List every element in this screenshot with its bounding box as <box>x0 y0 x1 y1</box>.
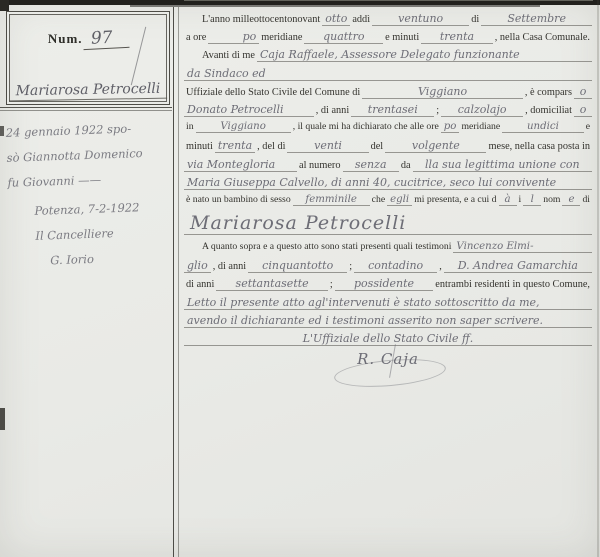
printed-text: di anni <box>184 279 216 290</box>
printed-text: che <box>370 194 387 205</box>
printed-text: addì <box>350 14 372 25</box>
printed-text: , è compars <box>523 87 574 98</box>
printed-text: al numero <box>297 160 342 171</box>
printed-text: , domiciliat <box>523 105 574 116</box>
meridian-handwritten: po <box>208 30 259 44</box>
printed-text: , il quale mi ha dichiarato che alle ore <box>291 121 441 132</box>
printed-text: mi presenta, e a cui d <box>412 194 498 205</box>
child-sex-handwritten: femminile <box>293 194 370 206</box>
act-line-witness2: di annisettantasette;possidenteentrambi … <box>184 277 592 295</box>
month-handwritten: Settembre <box>481 12 592 26</box>
num-label: Num. <box>48 31 83 47</box>
witness1-name-continued-handwritten: glio <box>184 259 211 273</box>
printed-text: A quanto sopra e a questo atto sono stat… <box>200 241 453 252</box>
margin-annotation: 24 gennaio 1922 spo- sò Giannotta Domeni… <box>5 115 170 274</box>
mother-name-handwritten: Maria Giuseppa Calvello, di anni 40, cuc… <box>184 176 592 190</box>
printed-text: mese, nella casa posta in <box>486 141 592 152</box>
printed-text: , di anni <box>314 105 351 116</box>
mother-intro-handwritten: lla sua legittima unione con <box>413 158 592 172</box>
act-line-comune: Uffiziale dello Stato Civile del Comune … <box>184 85 592 103</box>
suffix-handwritten: o <box>574 103 592 117</box>
printed-text: e minuti <box>383 32 421 43</box>
act-line-closing-1: Letto il presente atto agl'intervenuti è… <box>184 296 592 314</box>
birth-day-handwritten: venti <box>287 139 368 153</box>
act-line-officer: Avanti di meCaja Raffaele, Assessore Del… <box>184 48 592 66</box>
printed-text: di <box>580 194 592 205</box>
printed-text: entrambi residenti in questo Comune, <box>433 279 592 290</box>
house-number-handwritten: senza <box>343 158 399 172</box>
printed-text: , nella Casa Comunale. <box>493 32 592 43</box>
minutes-handwritten: trenta <box>421 30 493 44</box>
declarant-name-handwritten: Donato Petrocelli <box>184 103 314 117</box>
birth-month-handwritten: volgente <box>385 139 486 153</box>
printed-text: minuti <box>184 141 215 152</box>
printed-text: da <box>399 160 413 171</box>
residence-handwritten: Viggiano <box>196 121 291 133</box>
scan-edge-right <box>597 0 599 557</box>
printed-text: ; <box>434 105 441 116</box>
suffix-handwritten: à <box>499 194 517 206</box>
act-line-address: via Montegloriaal numerosenzadalla sua l… <box>184 158 592 176</box>
act-line-hour: a orepomeridianequattroe minutitrenta, n… <box>184 30 592 48</box>
printed-text: e <box>584 121 592 132</box>
witness2-name-handwritten: D. Andrea Gamarchia <box>444 259 592 273</box>
annotation-clerk-signature: G. Iorio <box>10 244 171 275</box>
left-column-divider-rule-1 <box>0 107 172 108</box>
printed-text: , <box>437 261 444 272</box>
declarant-occupation-handwritten: calzolajo <box>441 103 523 117</box>
printed-text: a ore <box>184 32 208 43</box>
scan-blot-left-lower <box>0 408 5 430</box>
column-separator-line-2 <box>178 7 179 557</box>
witness2-age-handwritten: settantasette <box>216 277 328 291</box>
gender-suffix-handwritten: o <box>574 85 592 99</box>
street-handwritten: via Montegloria <box>184 158 297 172</box>
witness1-name-handwritten: Vincenzo Elmi- <box>453 241 592 253</box>
left-column-divider-rule-2 <box>0 110 172 111</box>
printed-text: meridiane <box>259 32 304 43</box>
record-number-box: Num. 97 Mariarosa Petrocelli <box>6 11 170 105</box>
registered-name-handwritten: Mariarosa Petrocelli <box>9 81 167 102</box>
act-line-year: L'anno milleottocentonovantottoaddìventu… <box>184 12 592 30</box>
printed-text: di <box>469 14 481 25</box>
annotation-line: fu Giovanni —— <box>7 165 168 196</box>
printed-text: Avanti di me <box>200 50 257 61</box>
declarant-age-handwritten: trentasei <box>351 103 434 117</box>
act-line-witness1: glio, di annicinquantotto;contadino,D. A… <box>184 259 592 277</box>
closing-line-1-handwritten: Letto il presente atto agl'intervenuti è… <box>184 296 592 310</box>
act-line-closing-2: avendo il dichiarante ed i testimoni ass… <box>184 314 592 332</box>
act-line-child-name: Mariarosa Petrocelli <box>184 212 592 241</box>
column-separator-line-1 <box>173 7 174 557</box>
act-line-birth-day: minutitrenta, del dìventidelvolgentemese… <box>184 139 592 157</box>
act-line-mother: Maria Giuseppa Calvello, di anni 40, cuc… <box>184 176 592 194</box>
officer-name-handwritten: Caja Raffaele, Assessore Delegato funzio… <box>257 48 592 62</box>
closing-line-2-handwritten: avendo il dichiarante ed i testimoni ass… <box>184 314 592 328</box>
printed-text: L'anno milleottocentonovant <box>200 14 322 25</box>
scanned-birth-record-page: Num. 97 Mariarosa Petrocelli 24 gennaio … <box>0 0 600 557</box>
officer-role-handwritten: da Sindaco ed <box>184 67 592 81</box>
act-line-declaration: inViggiano, il quale mi ha dichiarato ch… <box>184 121 592 139</box>
witness2-occupation-handwritten: possidente <box>335 277 434 291</box>
printed-text: ; <box>328 279 335 290</box>
printed-text: ; <box>347 261 354 272</box>
printed-text: Uffiziale dello Stato Civile del Comune … <box>184 87 362 98</box>
printed-text: è nato un bambino di sesso <box>184 194 293 205</box>
official-title-handwritten: L'Uffiziale dello Stato Civile ff. <box>184 332 592 346</box>
birth-act-body: L'anno milleottocentonovantottoaddìventu… <box>184 12 592 373</box>
witness1-occupation-handwritten: contadino <box>354 259 437 273</box>
act-line-witnesses: A quanto sopra e a questo atto sono stat… <box>184 241 592 259</box>
comune-handwritten: Viggiano <box>362 85 523 99</box>
scan-edge-top-shadow <box>130 5 540 7</box>
printed-text: , del dì <box>255 141 287 152</box>
act-line-declarant: Donato Petrocelli, di annitrentasei;calz… <box>184 103 592 121</box>
printed-text: del <box>369 141 386 152</box>
suffix-handwritten: l <box>523 194 541 206</box>
act-line-official-title: L'Uffiziale dello Stato Civile ff. <box>184 332 592 350</box>
presenter-handwritten: egli <box>387 194 412 206</box>
blank-ruled-line <box>184 0 593 1</box>
printed-text: , di anni <box>211 261 248 272</box>
birth-minutes-handwritten: trenta <box>215 139 255 153</box>
act-line-child-sex: è nato un bambino di sessofemminilecheeg… <box>184 194 592 212</box>
day-handwritten: ventuno <box>372 12 469 26</box>
birth-hour-handwritten: undici <box>502 121 584 133</box>
witness1-age-handwritten: cinquantotto <box>248 259 347 273</box>
scan-blot-left-upper <box>0 126 4 136</box>
hour-handwritten: quattro <box>304 30 383 44</box>
birth-meridian-handwritten: po <box>441 121 460 133</box>
suffix-handwritten: e <box>562 194 580 206</box>
printed-text: meridiane <box>459 121 502 132</box>
printed-text: i <box>517 194 524 205</box>
child-name-handwritten: Mariarosa Petrocelli <box>184 212 592 235</box>
scan-blot-corner <box>0 0 9 11</box>
printed-text: nom <box>541 194 562 205</box>
act-line-officer-2: da Sindaco ed <box>184 67 592 85</box>
printed-text: in <box>184 121 196 132</box>
year-handwritten: otto <box>322 12 350 26</box>
record-number-handwritten: 97 <box>82 27 129 50</box>
act-line-signature: R. Caja <box>184 350 592 373</box>
